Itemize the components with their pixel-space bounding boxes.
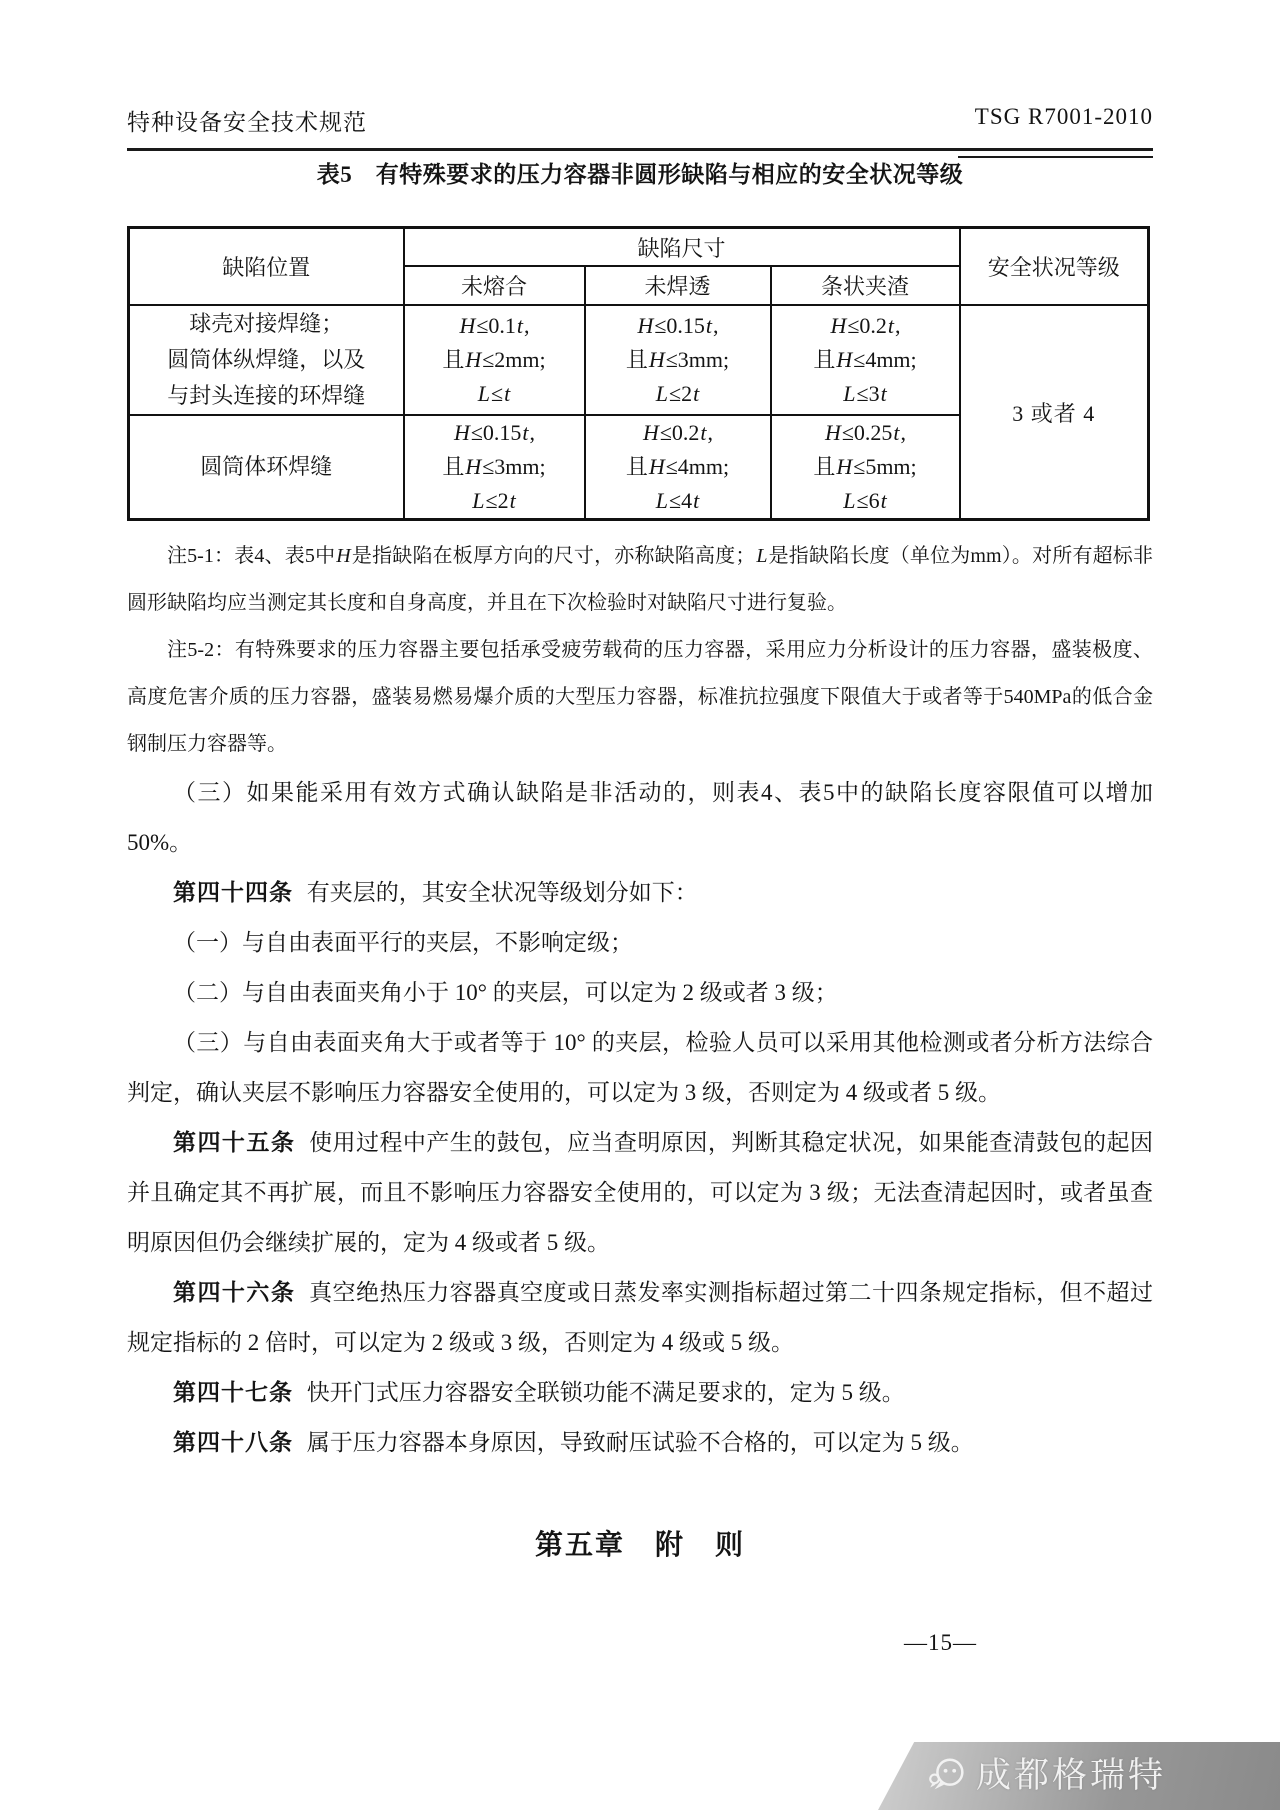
paragraph: （三）与自由表面夹角大于或者等于 10° 的夹层，检验人员可以采用其他检测或者分…: [127, 1018, 1153, 1118]
paragraph: （二）与自由表面夹角小于 10° 的夹层，可以定为 2 级或者 3 级；: [127, 968, 1153, 1018]
paragraph-text: 快开门式压力容器安全联锁功能不满足要求的，定为 5 级。: [307, 1380, 905, 1405]
paragraph: （一）与自由表面平行的夹层，不影响定级；: [127, 918, 1153, 968]
paragraph: 第四十七条快开门式压力容器安全联锁功能不满足要求的，定为 5 级。: [127, 1368, 1153, 1418]
paragraph: 第四十八条属于压力容器本身原因，导致耐压试验不合格的，可以定为 5 级。: [127, 1418, 1153, 1468]
th-strip-slag: 条状夹渣: [771, 266, 960, 305]
paragraph-text: （二）与自由表面夹角小于 10° 的夹层，可以定为 2 级或者 3 级；: [173, 980, 838, 1005]
article-number: 第四十八条: [173, 1430, 293, 1455]
article-number: 第四十七条: [173, 1380, 293, 1405]
article-number: 第四十六条: [173, 1280, 295, 1305]
cell-fusion-row2: H≤0.15t,且H≤3mm;L≤2t: [404, 415, 585, 520]
paragraph-text: 属于压力容器本身原因，导致耐压试验不合格的，可以定为 5 级。: [307, 1430, 974, 1455]
cell-location-row2: 圆筒体环焊缝: [129, 415, 404, 520]
page-content: 表5 有特殊要求的压力容器非圆形缺陷与相应的安全状况等级 缺陷位置 缺陷尺寸 安…: [127, 0, 1153, 1656]
paragraph-text: （三）与自由表面夹角大于或者等于 10° 的夹层，检验人员可以采用其他检测或者分…: [127, 1030, 1153, 1105]
article-number: 第四十四条: [173, 880, 293, 905]
cell-penetration-row2: H≤0.2t,且H≤4mm;L≤4t: [585, 415, 771, 520]
th-safety-level: 安全状况等级: [960, 228, 1149, 306]
cell-slag-row2: H≤0.25t,且H≤5mm;L≤6t: [771, 415, 960, 520]
table-notes: 注5-1：表4、表5中H是指缺陷在板厚方向的尺寸，亦称缺陷高度；L是指缺陷长度（…: [127, 533, 1153, 768]
paragraph: 第四十六条真空绝热压力容器真空度或日蒸发率实测指标超过第二十四条规定指标，但不超…: [127, 1268, 1153, 1368]
cell-slag-row1: H≤0.2t,且H≤4mm;L≤3t: [771, 305, 960, 415]
paragraph-text: （一）与自由表面平行的夹层，不影响定级；: [173, 930, 633, 955]
table5-title: 表5 有特殊要求的压力容器非圆形缺陷与相应的安全状况等级: [127, 160, 1153, 190]
cell-safety-value: 3 或者 4: [960, 305, 1149, 520]
document-page: 特种设备安全技术规范 TSG R7001-2010 表5 有特殊要求的压力容器非…: [0, 0, 1280, 1810]
article-paragraphs: （三）如果能采用有效方式确认缺陷是非活动的，则表4、表5中的缺陷长度容限值可以增…: [127, 768, 1153, 1468]
chat-bubble-logo-icon: [924, 1753, 970, 1799]
defect-table: 缺陷位置 缺陷尺寸 安全状况等级 未熔合 未焊透 条状夹渣 球壳对接焊缝；圆筒体…: [127, 226, 1150, 521]
watermark-band: 成都格瑞特: [878, 1742, 1280, 1810]
cell-location-row1: 球壳对接焊缝；圆筒体纵焊缝，以及与封头连接的环焊缝: [129, 305, 404, 415]
th-incomplete-penetration: 未焊透: [585, 266, 771, 305]
th-defect-size: 缺陷尺寸: [404, 228, 960, 267]
paragraph: 第四十四条有夹层的，其安全状况等级划分如下：: [127, 868, 1153, 918]
page-number: —15—: [127, 1630, 1153, 1656]
paragraph-text: 有夹层的，其安全状况等级划分如下：: [307, 880, 698, 905]
paragraph: （三）如果能采用有效方式确认缺陷是非活动的，则表4、表5中的缺陷长度容限值可以增…: [127, 768, 1153, 868]
cell-penetration-row1: H≤0.15t,且H≤3mm;L≤2t: [585, 305, 771, 415]
table-note: 注5-1：表4、表5中H是指缺陷在板厚方向的尺寸，亦称缺陷高度；L是指缺陷长度（…: [127, 533, 1153, 627]
table-note: 注5-2：有特殊要求的压力容器主要包括承受疲劳载荷的压力容器，采用应力分析设计的…: [127, 627, 1153, 768]
watermark-brand: 成都格瑞特: [976, 1742, 1166, 1810]
paragraph: 第四十五条使用过程中产生的鼓包，应当查明原因，判断其稳定状况，如果能查清鼓包的起…: [127, 1118, 1153, 1268]
th-incomplete-fusion: 未熔合: [404, 266, 585, 305]
chapter-heading: 第五章 附 则: [127, 1520, 1153, 1572]
article-number: 第四十五条: [173, 1130, 295, 1155]
th-defect-location: 缺陷位置: [129, 228, 404, 306]
paragraph-text: （三）如果能采用有效方式确认缺陷是非活动的，则表4、表5中的缺陷长度容限值可以增…: [127, 780, 1153, 855]
cell-fusion-row1: H≤0.1t,且H≤2mm;L≤t: [404, 305, 585, 415]
